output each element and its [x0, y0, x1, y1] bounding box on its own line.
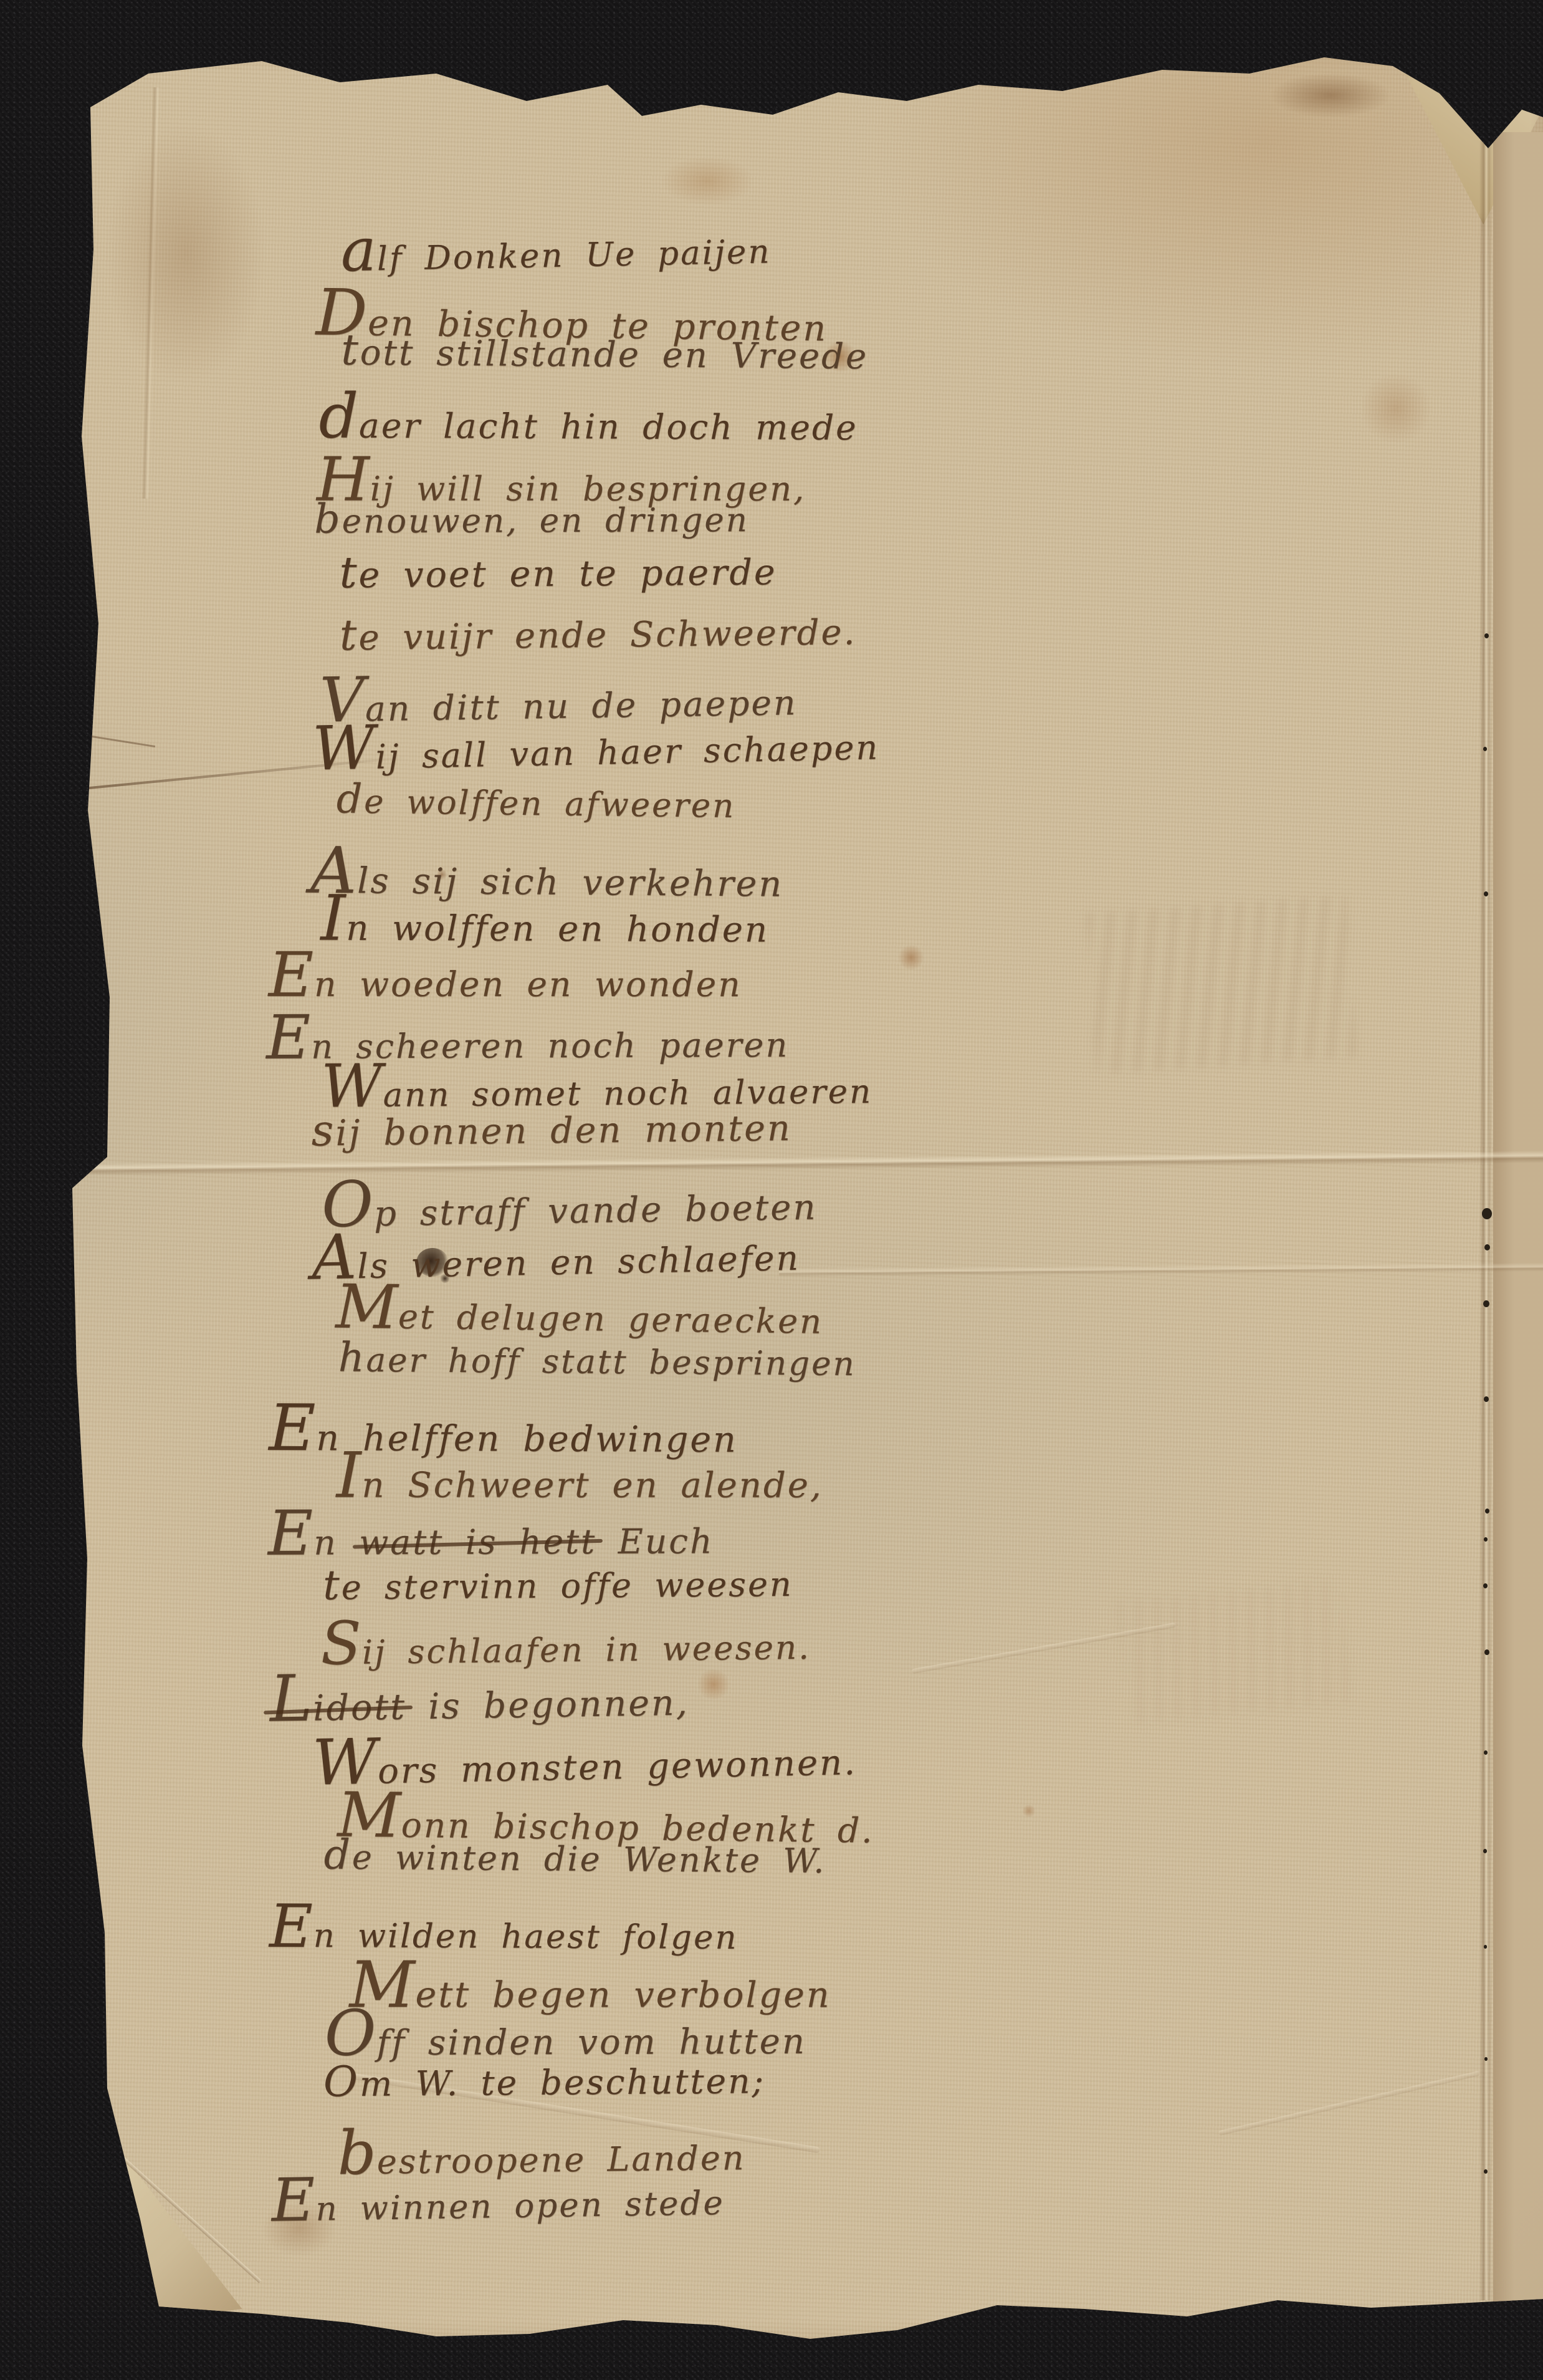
manuscript-line: de winten die Wenkte W. — [323, 1835, 826, 1879]
manuscript-line: Met delugen geraecken — [335, 1276, 824, 1342]
manuscript-line: Wij sall van haer schaepen — [312, 708, 880, 779]
manuscript-line: tott stillstande en Vreede — [341, 329, 868, 376]
struck-segment: watt is hett — [359, 1522, 596, 1562]
manuscript-line: daer lacht hin doch mede — [318, 386, 858, 450]
manuscript-line: alf Donken Ue paijen — [340, 213, 771, 280]
manuscript-line: In Schweert en alende, — [337, 1444, 823, 1507]
manuscript-paper-sheet: alf Donken Ue paijenDen bischop te pront… — [0, 0, 1543, 2380]
manuscript-line: In wolffen en honden — [320, 887, 769, 952]
manuscript-line: te stervinn offe weesen — [323, 1562, 793, 1606]
manuscript-line: Lidott is begonnen, — [269, 1662, 689, 1732]
photo-backdrop: { "scene": { "backdrop_color": "#151415"… — [0, 0, 1543, 2380]
line-segment: En — [268, 1522, 359, 1563]
manuscript-line: En watt is hett Euch — [268, 1501, 714, 1564]
manuscript-line: Om W. te beschutten; — [323, 2058, 765, 2103]
manuscript-line: Off sinden vom hutten — [325, 2000, 806, 2065]
manuscript-line: benouwen, en dringen — [314, 498, 749, 540]
line-segment: Euch — [596, 1521, 714, 1562]
manuscript-line: te voet en te paerde — [339, 548, 777, 595]
line-segment: is begonnen, — [406, 1682, 690, 1728]
struck-segment: Lidott — [270, 1687, 407, 1730]
manuscript-line: haer hoff statt bespringen — [338, 1338, 856, 1382]
manuscript-line: de wolffen afweeren — [336, 779, 735, 824]
manuscript-line: te vuijr ende Schweerde. — [340, 609, 857, 658]
manuscript-line: En woeden en wonden — [269, 944, 742, 1006]
manuscript-line: sij bonnen den monten — [311, 1104, 792, 1153]
text-block: alf Donken Ue paijenDen bischop te pront… — [0, 0, 1543, 2380]
manuscript-line: En winnen open stede — [271, 2164, 725, 2230]
manuscript-line: En wilden haest folgen — [269, 1897, 738, 1959]
